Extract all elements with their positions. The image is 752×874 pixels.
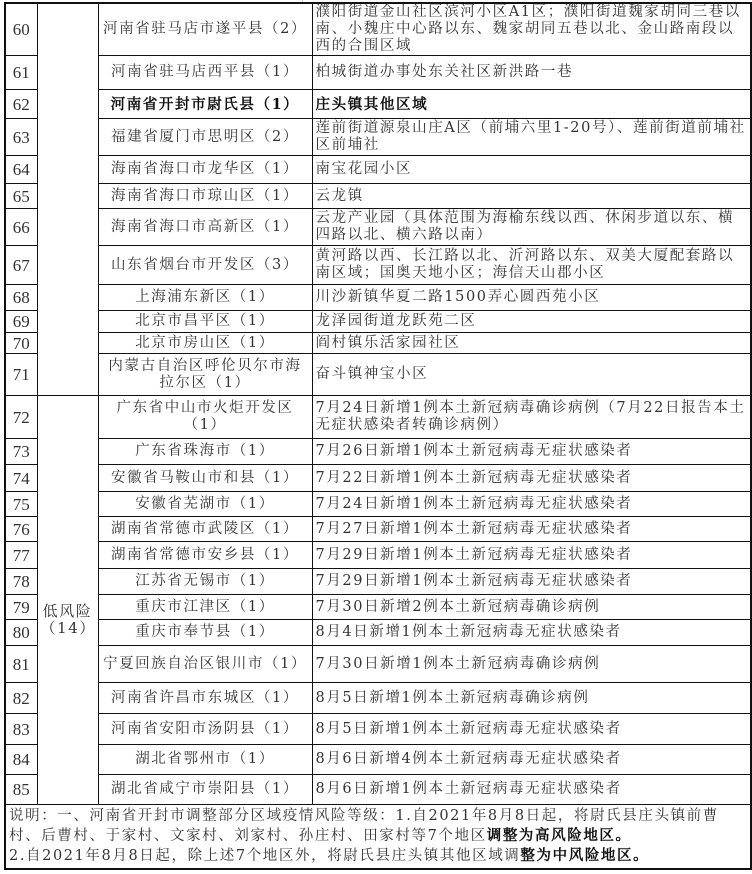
area-cell: 8月6日新增1例本土新冠病毒无症状感染者 xyxy=(312,775,751,805)
region-cell: 北京市昌平区（1） xyxy=(98,311,312,333)
row-number: 65 xyxy=(5,184,37,209)
risk-level-label: 低风险 xyxy=(41,603,95,620)
table-row: 83河南省安阳市汤阴县（1）8月5日新增1例本土新冠病毒无症状感染者 xyxy=(5,714,751,745)
table-row: 74安徽省马鞍山市和县（1）7月22日新增1例本土新冠病毒无症状感染者 xyxy=(5,465,751,492)
area-cell: 莲前街道源泉山庄A区（前埔六里1-20号）、莲前街道前埔社区前埔社 xyxy=(312,119,751,156)
row-number: 67 xyxy=(5,246,37,285)
table-row: 77湖南省常德市安乡县（1）7月29日新增1例本土新冠病毒无症状感染者 xyxy=(5,542,751,569)
table-row: 79重庆市江津区（1）7月30日新增2例本土新冠病毒确诊病例 xyxy=(5,595,751,620)
row-number: 66 xyxy=(5,209,37,246)
region-cell: 重庆市江津区（1） xyxy=(98,595,312,620)
area-cell: 7月29日新增1例本土新冠病毒无症状感染者 xyxy=(312,542,751,569)
table-row: 64海南省海口市龙华区（1）南宝花园小区 xyxy=(5,156,751,184)
region-cell: 海南省海口市龙华区（1） xyxy=(98,156,312,184)
table-row: 71内蒙古自治区呼伦贝尔市海拉尔区（1）奋斗镇神宝小区 xyxy=(5,354,751,396)
table-row: 75安徽省芜湖市（1）7月24日新增1例本土新冠病毒无症状感染者 xyxy=(5,492,751,517)
area-cell: 8月5日新增1例本土新冠病毒无症状感染者 xyxy=(312,714,751,745)
region-cell: 广东省珠海市（1） xyxy=(98,439,312,465)
region-cell: 湖北省鄂州市（1） xyxy=(98,745,312,775)
row-number: 75 xyxy=(5,492,37,517)
region-cell: 江苏省无锡市（1） xyxy=(98,569,312,595)
region-cell: 重庆市奉节县（1） xyxy=(98,620,312,646)
table-row: 62河南省开封市尉氏县（1）庄头镇其他区域 xyxy=(5,90,751,119)
table-row: 82河南省许昌市东城区（1）8月5日新增1例本土新冠病毒确诊病例 xyxy=(5,683,751,714)
note-cell: 说明：一、河南省开封市调整部分区域疫情风险等级：1.自2021年8月8日起，将尉… xyxy=(5,805,751,870)
area-cell: 8月4日新增1例本土新冠病毒无症状感染者 xyxy=(312,620,751,646)
table-row: 69北京市昌平区（1）龙泽园街道龙跃苑二区 xyxy=(5,311,751,333)
table-row: 67山东省烟台市开发区（3）黄河路以西、长江路以北、沂河路以东、双美大厦配套路以… xyxy=(5,246,751,285)
row-number: 61 xyxy=(5,56,37,90)
row-number: 82 xyxy=(5,683,37,714)
area-cell: 奋斗镇神宝小区 xyxy=(312,354,751,396)
table-row: 76湖南省常德市武陵区（1）7月27日新增1例本土新冠病毒无症状感染者 xyxy=(5,517,751,542)
region-cell: 河南省驻马店西平县（1） xyxy=(98,56,312,90)
risk-area-table: 60河南省驻马店市遂平县（2）濮阳街道金山社区滨河小区A1区；濮阳街道魏家胡同三… xyxy=(4,2,752,870)
row-number: 73 xyxy=(5,439,37,465)
table-row: 63福建省厦门市思明区（2）莲前街道源泉山庄A区（前埔六里1-20号）、莲前街道… xyxy=(5,119,751,156)
area-cell: 南宝花园小区 xyxy=(312,156,751,184)
area-cell: 庄头镇其他区域 xyxy=(312,90,751,119)
area-cell: 川沙新镇华夏二路1500弄心圆西苑小区 xyxy=(312,285,751,311)
risk-level-medium-cell xyxy=(37,3,98,396)
row-number: 81 xyxy=(5,646,37,683)
table-row: 80重庆市奉节县（1）8月4日新增1例本土新冠病毒无症状感染者 xyxy=(5,620,751,646)
risk-level-count: （14） xyxy=(41,620,95,637)
region-cell: 海南省海口市高新区（1） xyxy=(98,209,312,246)
risk-area-table-body: 60河南省驻马店市遂平县（2）濮阳街道金山社区滨河小区A1区；濮阳街道魏家胡同三… xyxy=(5,3,751,869)
risk-area-document: 60河南省驻马店市遂平县（2）濮阳街道金山社区滨河小区A1区；濮阳街道魏家胡同三… xyxy=(4,2,750,870)
area-cell: 濮阳街道金山社区滨河小区A1区；濮阳街道魏家胡同三巷以南、小魏庄中心路以东、魏家… xyxy=(312,3,751,56)
table-row: 81宁夏回族自治区银川市（1）7月30日新增1例本土新冠病毒确诊病例 xyxy=(5,646,751,683)
row-number: 83 xyxy=(5,714,37,745)
table-row: 70北京市房山区（1）阎村镇乐活家园社区 xyxy=(5,333,751,354)
area-cell: 7月30日新增1例本土新冠病毒确诊病例 xyxy=(312,646,751,683)
note-emphasis-medium-risk: 整为中风险地区。 xyxy=(520,847,649,864)
region-cell: 海南省海口市琼山区（1） xyxy=(98,184,312,209)
region-cell: 河南省安阳市汤阴县（1） xyxy=(98,714,312,745)
row-number: 80 xyxy=(5,620,37,646)
region-cell: 福建省厦门市思明区（2） xyxy=(98,119,312,156)
area-cell: 7月22日新增1例本土新冠病毒无症状感染者 xyxy=(312,465,751,492)
row-number: 85 xyxy=(5,775,37,805)
note-text: 2.自2021年8月8日起，除上述7个地区外，将尉氏县庄头镇其他区域调 xyxy=(9,848,520,864)
row-number: 60 xyxy=(5,3,37,56)
area-cell: 黄河路以西、长江路以北、沂河路以东、双美大厦配套路以南区域；国奥天地小区；海信天… xyxy=(312,246,751,285)
region-cell: 湖北省咸宁市崇阳县（1） xyxy=(98,775,312,805)
row-number: 64 xyxy=(5,156,37,184)
row-number: 69 xyxy=(5,311,37,333)
region-cell: 河南省许昌市东城区（1） xyxy=(98,683,312,714)
area-cell: 云龙镇 xyxy=(312,184,751,209)
row-number: 68 xyxy=(5,285,37,311)
row-number: 71 xyxy=(5,354,37,396)
table-row: 85湖北省咸宁市崇阳县（1）8月6日新增1例本土新冠病毒无症状感染者 xyxy=(5,775,751,805)
region-cell: 湖南省常德市安乡县（1） xyxy=(98,542,312,569)
row-number: 74 xyxy=(5,465,37,492)
note-emphasis-high-risk: 调整为高风险地区。 xyxy=(487,827,632,844)
area-cell: 7月27日新增1例本土新冠病毒无症状感染者 xyxy=(312,517,751,542)
row-number: 62 xyxy=(5,90,37,119)
region-cell: 北京市房山区（1） xyxy=(98,333,312,354)
table-row: 84湖北省鄂州市（1）8月6日新增4例本土新冠病毒无症状感染者 xyxy=(5,745,751,775)
table-row: 68上海浦东新区（1）川沙新镇华夏二路1500弄心圆西苑小区 xyxy=(5,285,751,311)
table-row: 73广东省珠海市（1）7月26日新增1例本土新冠病毒无症状感染者 xyxy=(5,439,751,465)
region-cell: 上海浦东新区（1） xyxy=(98,285,312,311)
region-cell: 山东省烟台市开发区（3） xyxy=(98,246,312,285)
table-row: 78江苏省无锡市（1）7月29日新增1例本土新冠病毒无症状感染者 xyxy=(5,569,751,595)
region-cell: 安徽省芜湖市（1） xyxy=(98,492,312,517)
area-cell: 7月24日新增1例本土新冠病毒确诊病例（7月22日报告本土无症状感染者转确诊病例… xyxy=(312,396,751,439)
row-number: 76 xyxy=(5,517,37,542)
region-cell: 宁夏回族自治区银川市（1） xyxy=(98,646,312,683)
region-cell: 内蒙古自治区呼伦贝尔市海拉尔区（1） xyxy=(98,354,312,396)
region-cell: 河南省驻马店市遂平县（2） xyxy=(98,3,312,56)
region-cell: 广东省中山市火炬开发区（1） xyxy=(98,396,312,439)
row-number: 78 xyxy=(5,569,37,595)
row-number: 77 xyxy=(5,542,37,569)
row-number: 79 xyxy=(5,595,37,620)
area-cell: 8月6日新增4例本土新冠病毒无症状感染者 xyxy=(312,745,751,775)
area-cell: 7月30日新增2例本土新冠病毒确诊病例 xyxy=(312,595,751,620)
region-cell: 安徽省马鞍山市和县（1） xyxy=(98,465,312,492)
table-row: 65海南省海口市琼山区（1）云龙镇 xyxy=(5,184,751,209)
table-row: 60河南省驻马店市遂平县（2）濮阳街道金山社区滨河小区A1区；濮阳街道魏家胡同三… xyxy=(5,3,751,56)
area-cell: 7月26日新增1例本土新冠病毒无症状感染者 xyxy=(312,439,751,465)
area-cell: 柏城街道办事处东关社区新洪路一巷 xyxy=(312,56,751,90)
area-cell: 阎村镇乐活家园社区 xyxy=(312,333,751,354)
area-cell: 8月5日新增1例本土新冠病毒确诊病例 xyxy=(312,683,751,714)
table-row: 61河南省驻马店西平县（1）柏城街道办事处东关社区新洪路一巷 xyxy=(5,56,751,90)
row-number: 70 xyxy=(5,333,37,354)
table-row: 66海南省海口市高新区（1）云龙产业园（具体范围为海榆东线以西、休闲步道以东、横… xyxy=(5,209,751,246)
note-row: 说明：一、河南省开封市调整部分区域疫情风险等级：1.自2021年8月8日起，将尉… xyxy=(5,805,751,870)
table-row: 72低风险（14）广东省中山市火炬开发区（1）7月24日新增1例本土新冠病毒确诊… xyxy=(5,396,751,439)
area-cell: 龙泽园街道龙跃苑二区 xyxy=(312,311,751,333)
row-number: 72 xyxy=(5,396,37,439)
region-cell: 河南省开封市尉氏县（1） xyxy=(98,90,312,119)
row-number: 63 xyxy=(5,119,37,156)
area-cell: 云龙产业园（具体范围为海榆东线以西、休闲步道以东、横四路以北、横六路以南） xyxy=(312,209,751,246)
risk-level-low-cell: 低风险（14） xyxy=(37,396,98,805)
row-number: 84 xyxy=(5,745,37,775)
area-cell: 7月24日新增1例本土新冠病毒无症状感染者 xyxy=(312,492,751,517)
area-cell: 7月29日新增1例本土新冠病毒无症状感染者 xyxy=(312,569,751,595)
region-cell: 湖南省常德市武陵区（1） xyxy=(98,517,312,542)
